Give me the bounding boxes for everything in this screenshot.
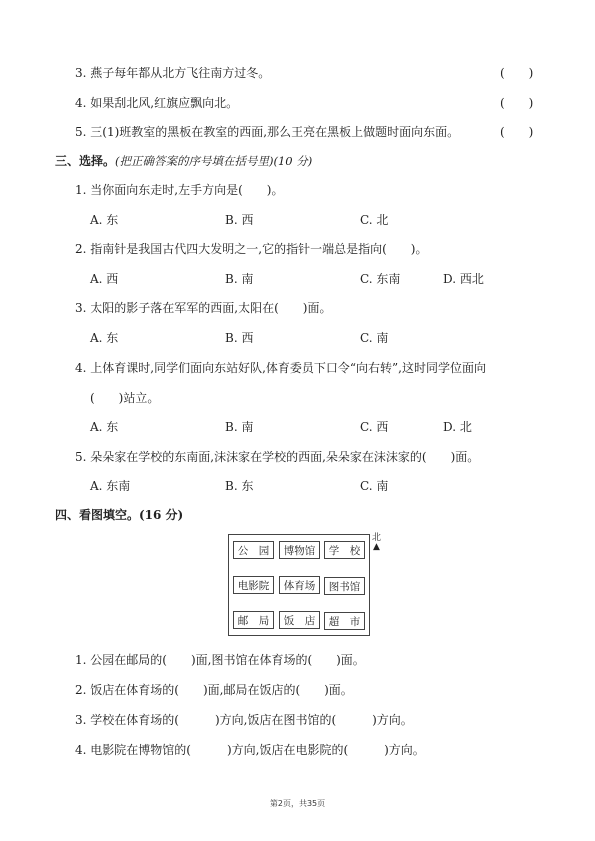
option-c[interactable]: C. 北: [360, 211, 388, 228]
option-d[interactable]: D. 西北: [443, 270, 484, 287]
fill-question-1: 1. 公园在邮局的( )面,图书馆在体育场的( )面。: [75, 651, 365, 668]
option-a[interactable]: A. 西: [90, 270, 118, 287]
map-post-office: 邮 局: [233, 611, 274, 629]
option-b[interactable]: B. 东: [225, 477, 253, 494]
judgement-item-5: 5. 三(1)班教室的黑板在教室的西面,那么王亮在黑板上做题时面向东面。: [75, 123, 459, 140]
option-c[interactable]: C. 西: [360, 418, 388, 435]
section3-title: 三、选择。: [55, 154, 115, 168]
map-restaurant: 饭 店: [279, 611, 320, 629]
page-footer: 第2页，共35页: [0, 798, 595, 809]
question-4: 4. 上体育课时,同学们面向东站好队,体育委员下口令“向右转”,这时同学位面向: [75, 359, 486, 376]
answer-paren-4[interactable]: ( ): [500, 94, 533, 111]
map-library: 图书馆: [324, 577, 365, 595]
direction-map: 公 园 博物馆 学 校 电影院 体育场 图书馆 邮 局 饭 店 超 市: [228, 534, 370, 636]
option-b[interactable]: B. 南: [225, 270, 253, 287]
map-stadium: 体育场: [279, 576, 320, 594]
option-b[interactable]: B. 南: [225, 418, 253, 435]
section3-note: (把正确答案的序号填在括号里)(10 分): [115, 154, 312, 168]
answer-paren-5[interactable]: ( ): [500, 123, 533, 140]
question-1: 1. 当你面向东走时,左手方向是( )。: [75, 181, 283, 198]
map-supermarket: 超 市: [324, 612, 365, 630]
option-c[interactable]: C. 南: [360, 477, 388, 494]
option-b[interactable]: B. 西: [225, 329, 253, 346]
option-a[interactable]: A. 东: [90, 211, 118, 228]
map-park: 公 园: [233, 541, 274, 559]
fill-question-4: 4. 电影院在博物馆的( )方向,饭店在电影院的( )方向。: [75, 741, 425, 758]
option-a[interactable]: A. 东: [90, 329, 118, 346]
map-school: 学 校: [324, 541, 365, 559]
option-a[interactable]: A. 东南: [90, 477, 130, 494]
question-2: 2. 指南针是我国古代四大发明之一,它的指针一端总是指向( )。: [75, 240, 427, 257]
north-arrow-icon: ▲: [372, 543, 381, 552]
question-4-cont: ( )站立。: [90, 389, 159, 406]
option-d[interactable]: D. 北: [443, 418, 472, 435]
judgement-item-4: 4. 如果刮北风,红旗应飘向北。: [75, 94, 238, 111]
option-c[interactable]: C. 东南: [360, 270, 400, 287]
north-indicator: 北 ▲: [372, 534, 381, 552]
question-3: 3. 太阳的影子落在军军的西面,太阳在( )面。: [75, 299, 331, 316]
option-c[interactable]: C. 南: [360, 329, 388, 346]
section3-heading: 三、选择。(把正确答案的序号填在括号里)(10 分): [55, 152, 312, 169]
question-5: 5. 朵朵家在学校的东南面,沫沫家在学校的西面,朵朵家在沫沫家的( )面。: [75, 448, 479, 465]
option-a[interactable]: A. 东: [90, 418, 118, 435]
section4-title: 四、看图填空。(16 分): [55, 506, 183, 523]
map-cinema: 电影院: [233, 576, 274, 594]
answer-paren-3[interactable]: ( ): [500, 64, 533, 81]
judgement-item-3: 3. 燕子每年都从北方飞往南方过冬。: [75, 64, 270, 81]
fill-question-2: 2. 饭店在体育场的( )面,邮局在饭店的( )面。: [75, 681, 353, 698]
map-museum: 博物馆: [279, 541, 320, 559]
option-b[interactable]: B. 西: [225, 211, 253, 228]
fill-question-3: 3. 学校在体育场的( )方向,饭店在图书馆的( )方向。: [75, 711, 413, 728]
